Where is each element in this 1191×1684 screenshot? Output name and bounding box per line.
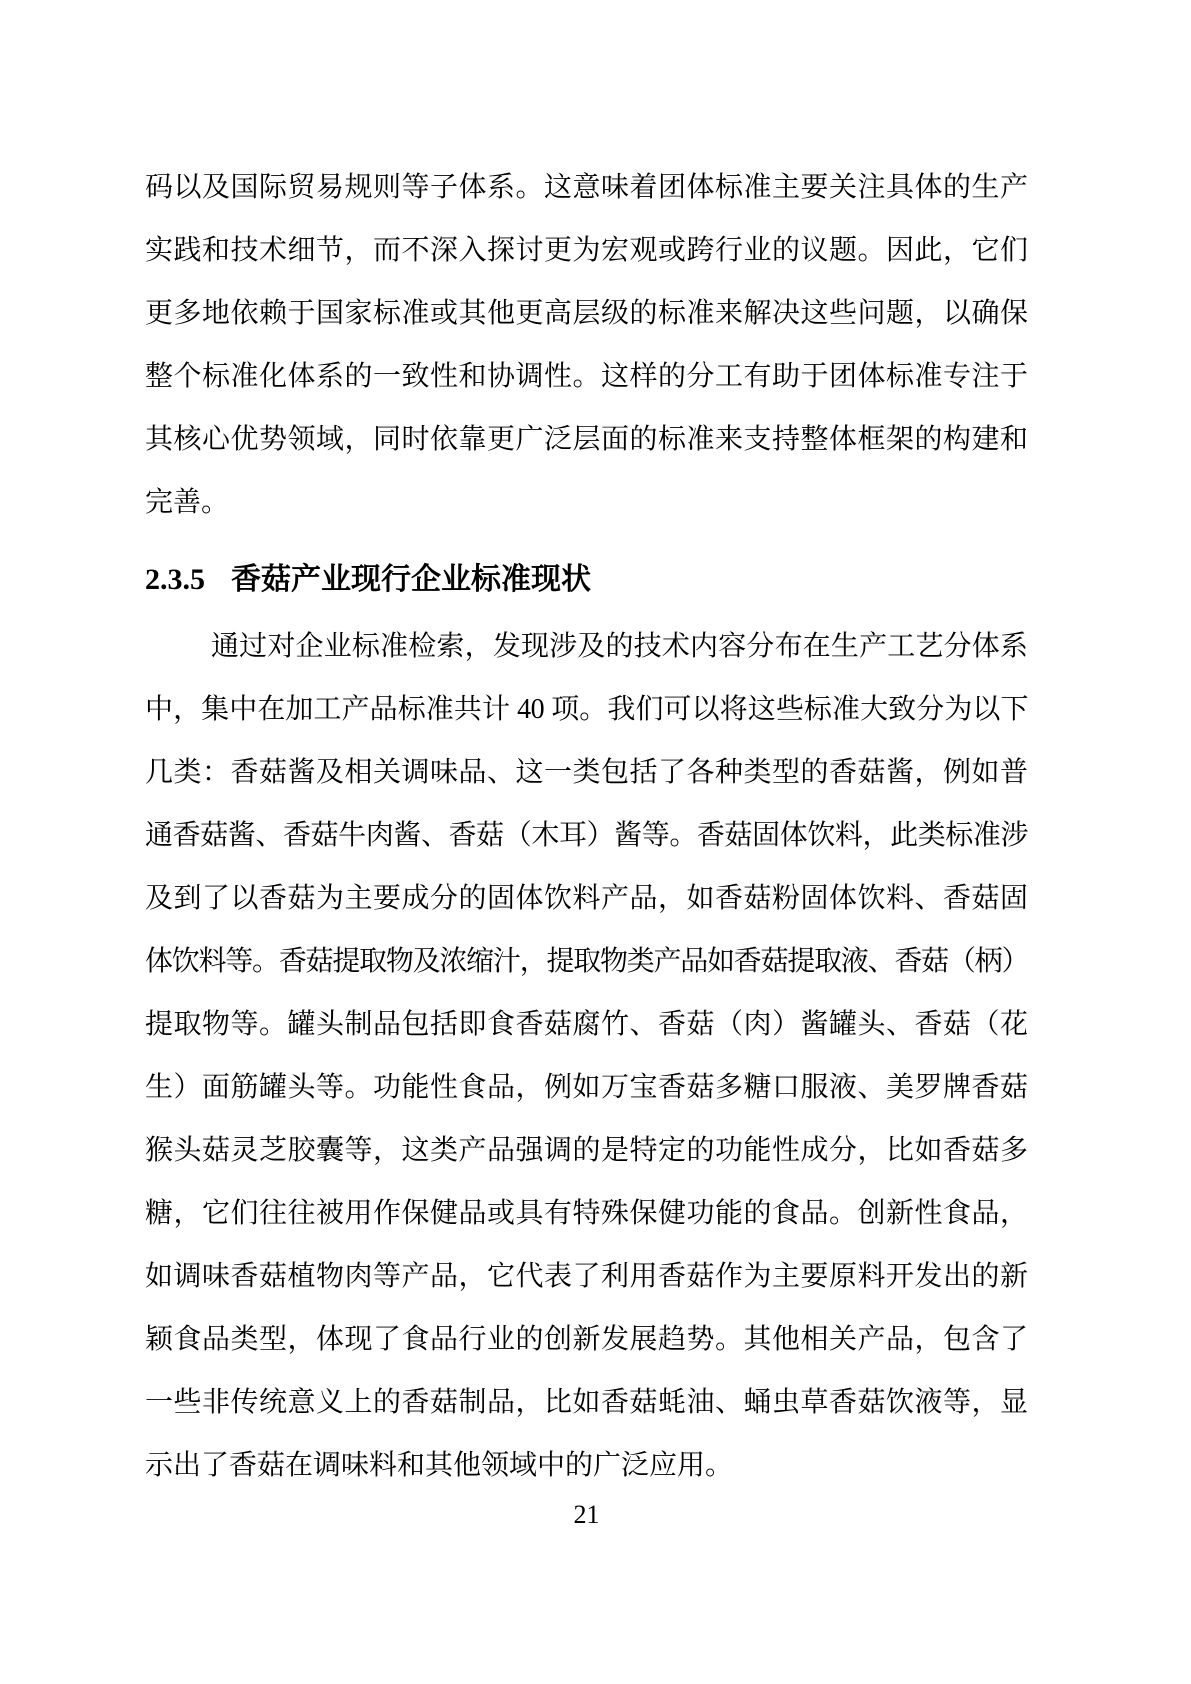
- paragraph-continued: 码以及国际贸易规则等子体系。这意味着团体标准主要关注具体的生产 实践和技术细节，…: [145, 156, 1028, 534]
- document-page: 码以及国际贸易规则等子体系。这意味着团体标准主要关注具体的生产 实践和技术细节，…: [0, 0, 1191, 1684]
- text-line: 通过对企业标准检索，发现涉及的技术内容分布在生产工艺分体系: [145, 615, 1028, 678]
- text-line: 几类：香菇酱及相关调味品、这一类包括了各种类型的香菇酱，例如普: [145, 741, 1028, 804]
- text-line: 码以及国际贸易规则等子体系。这意味着团体标准主要关注具体的生产: [145, 156, 1028, 219]
- section-heading: 2.3.5香菇产业现行企业标准现状: [145, 548, 1028, 611]
- section-number: 2.3.5: [145, 563, 205, 596]
- text-line: 实践和技术细节，而不深入探讨更为宏观或跨行业的议题。因此，它们: [145, 219, 1028, 282]
- text-line: 猴头菇灵芝胶囊等，这类产品强调的是特定的功能性成分，比如香菇多: [145, 1119, 1028, 1182]
- text-line: 体饮料等。香菇提取物及浓缩汁，提取物类产品如香菇提取液、香菇（柄）: [145, 930, 1028, 993]
- text-line: 示出了香菇在调味料和其他领域中的广泛应用。: [145, 1434, 1028, 1497]
- text-line: 如调味香菇植物肉等产品，它代表了利用香菇作为主要原料开发出的新: [145, 1245, 1028, 1308]
- text-line: 及到了以香菇为主要成分的固体饮料产品，如香菇粉固体饮料、香菇固: [145, 867, 1028, 930]
- text-line: 一些非传统意义上的香菇制品，比如香菇蚝油、蛹虫草香菇饮液等，显: [145, 1371, 1028, 1434]
- text-line: 其核心优势领域，同时依靠更广泛层面的标准来支持整体框架的构建和: [145, 408, 1028, 471]
- text-line: 完善。: [145, 471, 1028, 534]
- text-line: 生）面筋罐头等。功能性食品，例如万宝香菇多糖口服液、美罗牌香菇: [145, 1056, 1028, 1119]
- text-line: 颖食品类型，体现了食品行业的创新发展趋势。其他相关产品，包含了: [145, 1308, 1028, 1371]
- page-number: 21: [145, 1497, 1028, 1533]
- text-line: 通香菇酱、香菇牛肉酱、香菇（木耳）酱等。香菇固体饮料，此类标准涉: [145, 804, 1028, 867]
- paragraph-main: 通过对企业标准检索，发现涉及的技术内容分布在生产工艺分体系 中，集中在加工产品标…: [145, 615, 1028, 1497]
- text-line: 更多地依赖于国家标准或其他更高层级的标准来解决这些问题，以确保: [145, 282, 1028, 345]
- section-title: 香菇产业现行企业标准现状: [231, 563, 591, 596]
- text-line: 糖，它们往往被用作保健品或具有特殊保健功能的食品。创新性食品，: [145, 1182, 1028, 1245]
- text-line: 整个标准化体系的一致性和协调性。这样的分工有助于团体标准专注于: [145, 345, 1028, 408]
- text-line: 提取物等。罐头制品包括即食香菇腐竹、香菇（肉）酱罐头、香菇（花: [145, 993, 1028, 1056]
- text-line: 中，集中在加工产品标准共计 40 项。我们可以将这些标准大致分为以下: [145, 678, 1028, 741]
